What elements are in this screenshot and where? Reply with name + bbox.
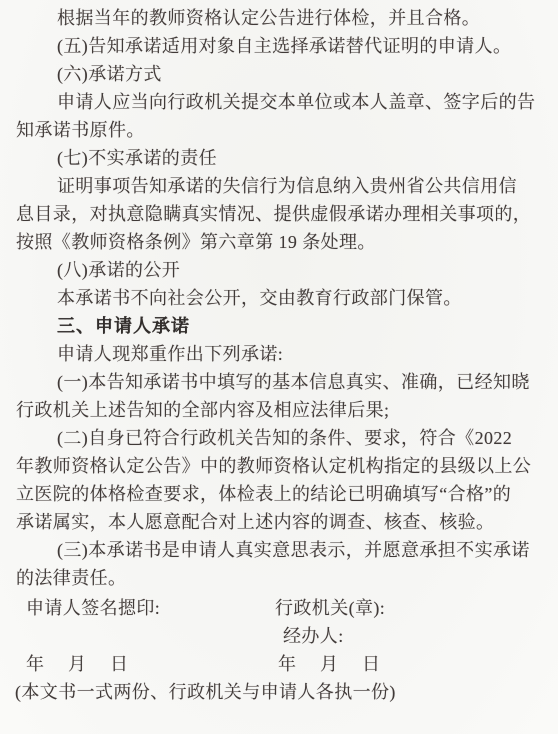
doc-line: 申请人应当向行政机关提交本单位或本人盖章、签字后的告 <box>16 88 552 116</box>
handler-label: 经办人: <box>283 622 344 650</box>
applicant-signature-label: 申请人签名摁印: <box>26 594 160 622</box>
copies-note: (本文书一式两份、行政机关与申请人各执一份) <box>15 678 396 706</box>
applicant-date-line: 年 月 日 <box>26 650 131 678</box>
doc-line: (八)承诺的公开 <box>16 256 552 284</box>
doc-line: 的法律责任。 <box>16 564 552 592</box>
doc-line: (三)本承诺书是申请人真实意思表示，并愿意承担不实承诺 <box>16 536 552 564</box>
doc-line: 根据当年的教师资格认定公告进行体检，并且合格。 <box>16 4 552 32</box>
doc-line: (一)本告知承诺书中填写的基本信息真实、准确，已经知晓 <box>16 368 552 396</box>
doc-line: (六)承诺方式 <box>16 60 552 88</box>
doc-line: (五)告知承诺适用对象自主选择承诺替代证明的申请人。 <box>16 32 552 60</box>
doc-line: (七)不实承诺的责任 <box>16 144 552 172</box>
doc-line: 知承诺书原件。 <box>16 116 552 144</box>
doc-line: 证明事项告知承诺的失信行为信息纳入贵州省公共信用信 <box>16 172 552 200</box>
doc-line: 息目录，对执意隐瞒真实情况、提供虚假承诺办理相关事项的， <box>16 200 552 228</box>
doc-line: 行政机关上述告知的全部内容及相应法律后果; <box>16 396 552 424</box>
doc-line: 立医院的体格检查要求，体检表上的结论已明确填写“合格”的 <box>16 480 552 508</box>
document-body: 根据当年的教师资格认定公告进行体检，并且合格。 (五)告知承诺适用对象自主选择承… <box>16 4 552 592</box>
doc-line: 本承诺书不向社会公开，交由教育行政部门保管。 <box>16 284 552 312</box>
doc-line: 按照《教师资格条例》第六章第 19 条处理。 <box>16 228 552 256</box>
doc-line: 年教师资格认定公告》中的教师资格认定机构指定的县级以上公 <box>16 452 552 480</box>
doc-line: 承诺属实，本人愿意配合对上述内容的调查、核查、核验。 <box>16 508 552 536</box>
doc-line: 申请人现郑重作出下列承诺: <box>16 340 552 368</box>
doc-line: (二)自身已符合行政机关告知的条件、要求，符合《2022 <box>16 424 552 452</box>
agency-seal-label: 行政机关(章): <box>275 594 385 622</box>
scanned-document-page: 根据当年的教师资格认定公告进行体检，并且合格。 (五)告知承诺适用对象自主选择承… <box>0 0 558 734</box>
agency-date-line: 年 月 日 <box>278 650 383 678</box>
section-heading-applicant-promise: 三、申请人承诺 <box>16 312 552 340</box>
